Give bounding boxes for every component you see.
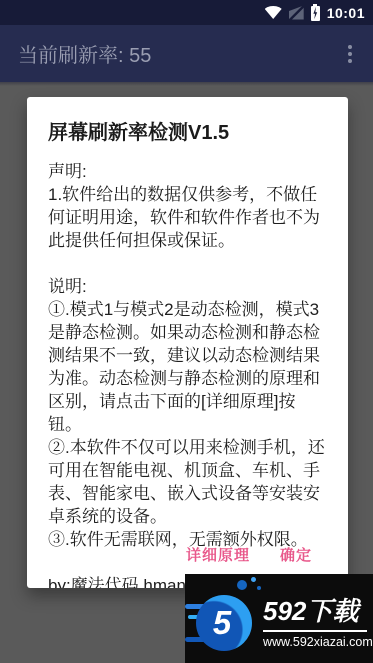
kebab-dot: [348, 45, 352, 49]
dialog-button-bar: 详细原理 确定: [186, 542, 312, 567]
logo-digit: 5: [213, 604, 231, 642]
app-bar: 当前刷新率: 55: [0, 25, 373, 82]
dialog-declaration-text: 声明: 1.软件给出的数据仅供参考，不做任何证明用途，软件和软件作者也不为此提供…: [48, 160, 328, 252]
logo-bubble: [251, 577, 256, 582]
kebab-dot: [348, 59, 352, 63]
download-site-watermark: 5 592下载 www.592xiazai.com: [185, 574, 373, 663]
signal-slash: [289, 6, 304, 20]
detail-principle-button[interactable]: 详细原理: [186, 542, 250, 567]
logo-bubble: [257, 586, 261, 590]
no-signal-icon: [289, 6, 304, 20]
site-logo-icon: 5: [185, 574, 265, 663]
watermark-brand-name: 592下载: [263, 591, 358, 628]
logo-circle: 5: [196, 595, 252, 651]
logo-bubble: [237, 580, 247, 590]
dialog-instructions-text: 说明: ①.模式1与模式2是动态检测，模式3是静态检测。如果动态检测和静态检测结…: [48, 275, 328, 551]
dialog-title: 屏幕刷新率检测V1.5: [48, 116, 328, 145]
kebab-dot: [348, 52, 352, 56]
ok-button[interactable]: 确定: [280, 542, 312, 567]
lightning-bolt-icon: [311, 6, 320, 21]
app-bar-title: 当前刷新率: 55: [0, 39, 151, 68]
status-bar: 10:01: [0, 0, 373, 25]
battery-charging-icon: [311, 6, 320, 21]
watermark-text-block: 592下载 www.592xiazai.com: [263, 574, 369, 663]
wifi-icon: [265, 6, 282, 19]
watermark-divider: [263, 630, 367, 632]
phone-screen: 10:01 当前刷新率: 55 屏幕刷新率检测V1.5 声明: 1.软件给出的数…: [0, 0, 373, 663]
about-dialog: 屏幕刷新率检测V1.5 声明: 1.软件给出的数据仅供参考，不做任何证明用途，软…: [27, 97, 348, 588]
overflow-menu-icon[interactable]: [339, 41, 361, 67]
status-bar-clock: 10:01: [327, 5, 365, 21]
watermark-site-url: www.592xiazai.com: [263, 635, 373, 649]
